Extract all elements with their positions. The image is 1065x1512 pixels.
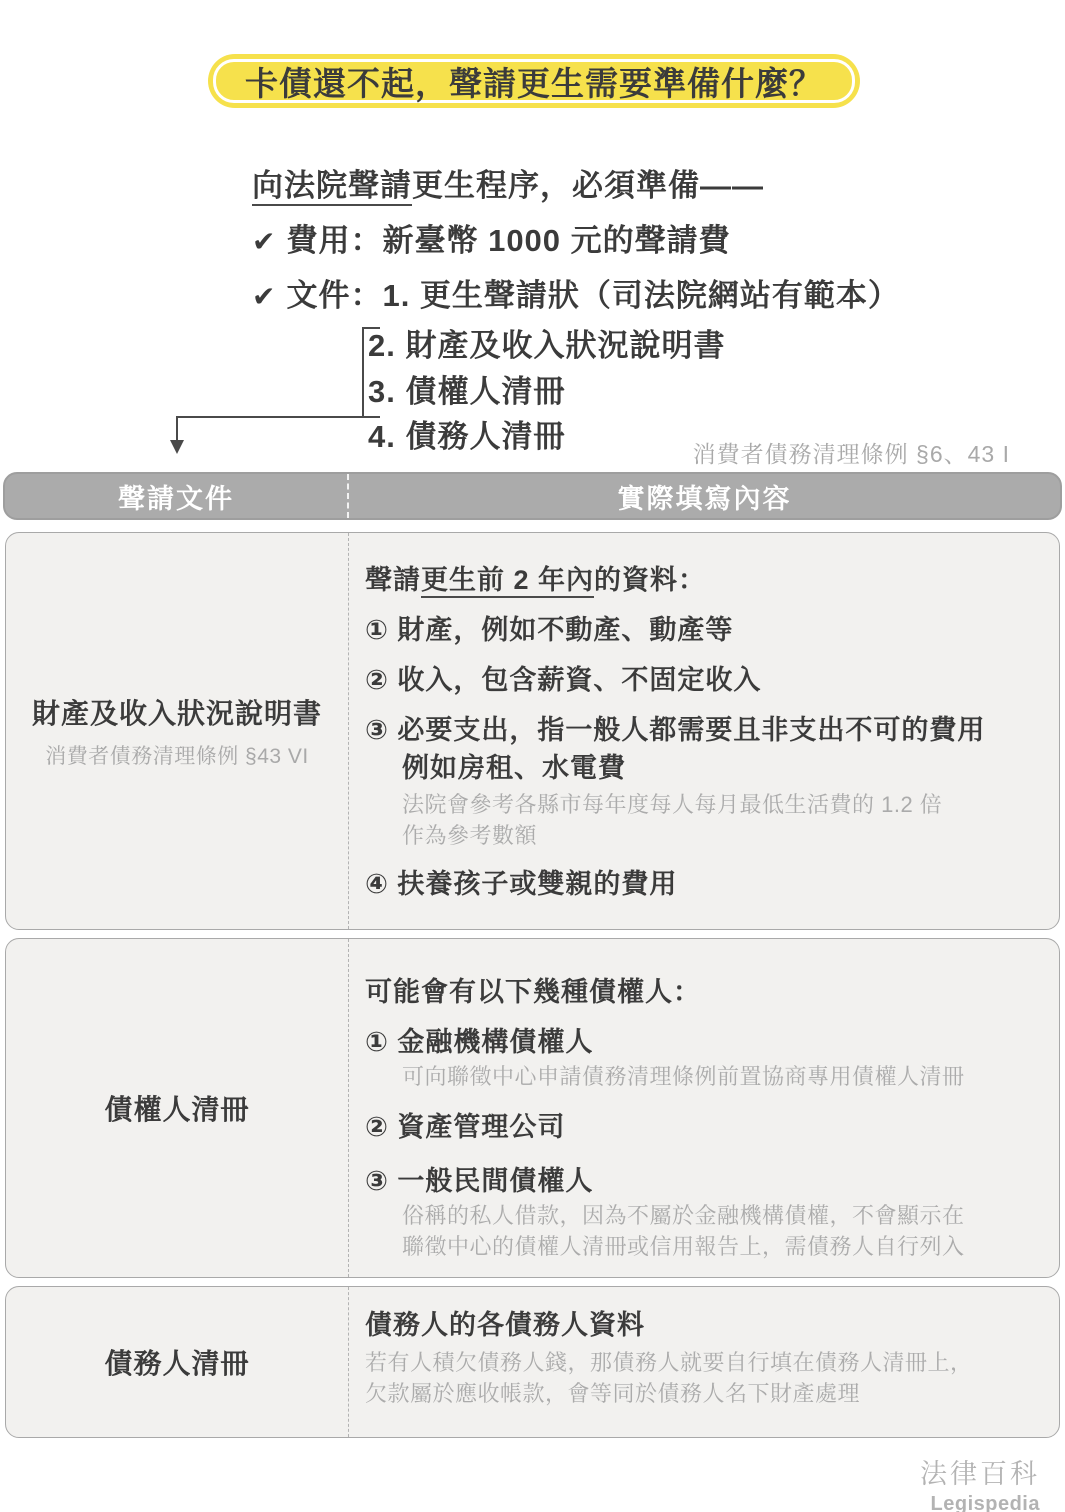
note-line: 法院會參考各縣市每年度每人每月最低生活費的 1.2 倍	[402, 789, 1041, 820]
content-heading: 聲請更生前 2 年內的資料：	[365, 561, 1041, 599]
page-title: 卡債還不起，聲請更生需要準備什麼？	[245, 58, 823, 105]
intro-fee-line: ✔費用：新臺幣 1000 元的聲請費	[252, 215, 731, 260]
doc-name: 債權人清冊	[104, 1088, 249, 1128]
doc-item-4: 4. 債務人清冊	[368, 411, 565, 456]
doc-cell: 債權人清冊	[6, 939, 348, 1277]
list-item: ③ 必要支出，指一般人都需要且非支出不可的費用	[365, 711, 1041, 749]
check-icon: ✔	[252, 280, 276, 313]
note-line: 欠款屬於應收帳款，會等同於債務人名下財產處理	[365, 1378, 1041, 1409]
heading-pre: 聲請	[365, 565, 421, 595]
list-item: ① 金融機構債權人	[365, 1023, 1041, 1061]
doc-cell: 債務人清冊	[6, 1287, 348, 1437]
doc-text: 文件：1. 更生聲請狀（司法院網站有範本）	[286, 278, 899, 313]
content-heading: 可能會有以下幾種債權人：	[365, 973, 1041, 1011]
table-row-creditor-list: 債權人清冊 可能會有以下幾種債權人： ① 金融機構債權人 可向聯徵中心申請債務清…	[5, 938, 1060, 1278]
content-heading: 債務人的各債務人資料	[365, 1307, 1041, 1343]
brand-name-en: Legispedia	[920, 1493, 1040, 1512]
doc-name: 債務人清冊	[104, 1342, 249, 1382]
note-line: 聯徵中心的債權人清冊或信用報告上，需債務人自行列入	[402, 1231, 1041, 1262]
intro-doc-line: ✔文件：1. 更生聲請狀（司法院網站有範本）	[252, 270, 900, 315]
note-line: 作為參考數額	[402, 820, 1041, 851]
list-item: ④ 扶養孩子或雙親的費用	[365, 865, 1041, 903]
heading-post: 的資料：	[594, 565, 706, 595]
intro-line-1: 向法院聲請更生程序，必須準備——	[252, 160, 764, 205]
doc-name: 財產及收入狀況說明書	[32, 692, 322, 732]
list-item: ③ 一般民間債權人	[365, 1162, 1041, 1200]
table-row-assets-statement: 財產及收入狀況說明書 消費者債務清理條例 §43 VI 聲請更生前 2 年內的資…	[5, 532, 1060, 930]
heading-underline: 更生前 2 年內	[421, 565, 594, 598]
title-badge: 卡債還不起，聲請更生需要準備什麼？	[208, 54, 860, 108]
list-item: ② 收入，包含薪資、不固定收入	[365, 661, 1041, 699]
content-cell: 可能會有以下幾種債權人： ① 金融機構債權人 可向聯徵中心申請債務清理條例前置協…	[349, 939, 1059, 1277]
spacer	[365, 851, 1041, 865]
brand-name-zh: 法律百科	[920, 1452, 1040, 1491]
content-cell: 債務人的各債務人資料 若有人積欠債務人錢，那債務人就要自行填在債務人清冊上， 欠…	[349, 1287, 1059, 1437]
doc-item-3: 3. 債權人清冊	[368, 366, 565, 411]
header-col-documents-label: 聲請文件	[118, 477, 234, 516]
infographic-page: 卡債還不起，聲請更生需要準備什麼？ 向法院聲請更生程序，必須準備—— ✔費用：新…	[0, 0, 1065, 1512]
doc-item-2: 2. 財產及收入狀況說明書	[368, 320, 725, 365]
header-col-documents: 聲請文件	[5, 474, 347, 518]
header-col-content: 實際填寫內容	[349, 474, 1060, 518]
list-item-continuation: 例如房租、水電費	[402, 749, 1041, 787]
list-item: ① 財產，例如不動產、動產等	[365, 611, 1041, 649]
table-header: 聲請文件 實際填寫內容	[3, 472, 1062, 520]
brand-footer: 法律百科 Legispedia	[920, 1452, 1040, 1512]
doc-law-ref: 消費者債務清理條例 §43 VI	[45, 740, 309, 770]
law-reference: 消費者債務清理條例 §6、43 I	[693, 436, 1010, 469]
header-col-content-label: 實際填寫內容	[618, 477, 792, 516]
intro-line-1-rest: 更生程序，必須準備——	[412, 168, 764, 203]
note-line: 可向聯徵中心申請債務清理條例前置協商專用債權人清冊	[402, 1061, 1041, 1092]
note-line: 俗稱的私人借款，因為不屬於金融機構債權，不會顯示在	[402, 1200, 1041, 1231]
intro-line-1-underline: 向法院聲請	[252, 168, 412, 206]
list-item: ② 資產管理公司	[365, 1108, 1041, 1146]
table-row-debtor-list: 債務人清冊 債務人的各債務人資料 若有人積欠債務人錢，那債務人就要自行填在債務人…	[5, 1286, 1060, 1438]
fee-text: 費用：新臺幣 1000 元的聲請費	[286, 223, 730, 258]
doc-cell: 財產及收入狀況說明書 消費者債務清理條例 §43 VI	[6, 533, 348, 929]
content-cell: 聲請更生前 2 年內的資料： ① 財產，例如不動產、動產等 ② 收入，包含薪資、…	[349, 533, 1059, 929]
check-icon: ✔	[252, 225, 276, 258]
note-line: 若有人積欠債務人錢，那債務人就要自行填在債務人清冊上，	[365, 1347, 1041, 1378]
